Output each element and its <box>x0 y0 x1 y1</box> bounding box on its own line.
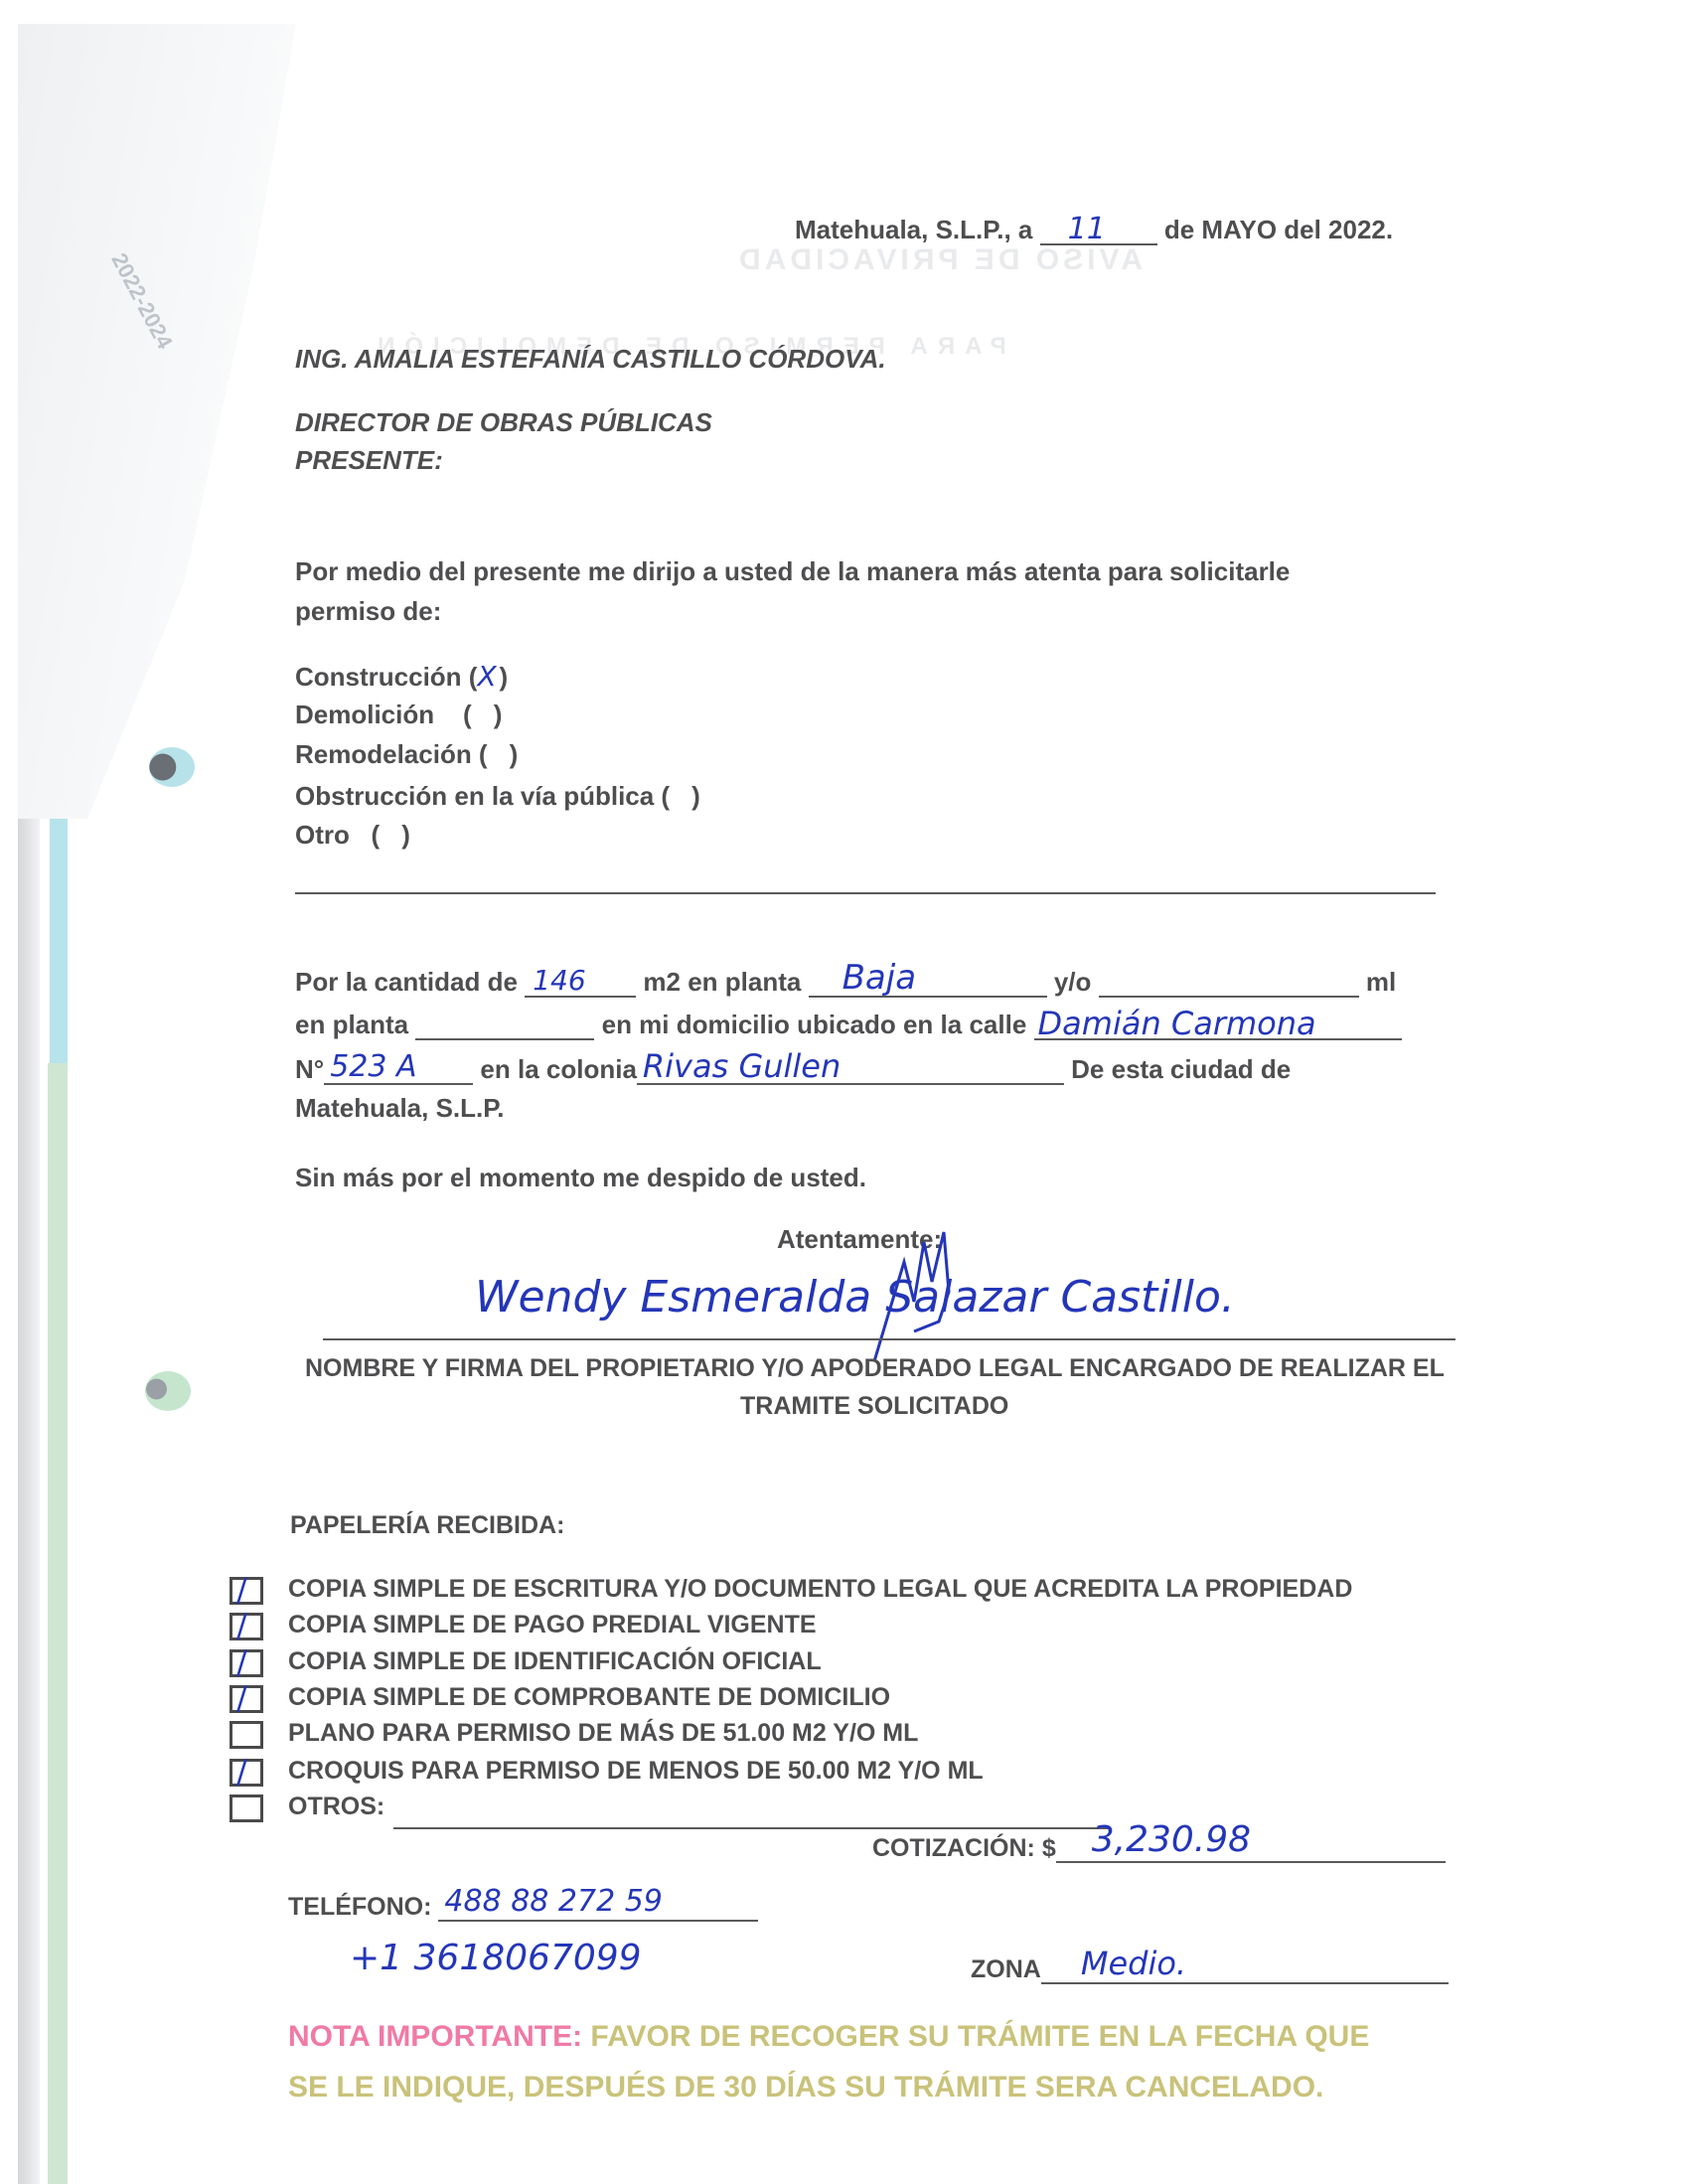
permit-option[interactable]: Otro () <box>295 820 410 851</box>
papeleria-item-label: OTROS: <box>288 1793 384 1821</box>
papeleria-item-label: CROQUIS PARA PERMISO DE MENOS DE 50.00 M… <box>288 1757 984 1786</box>
cotizacion-field[interactable]: 3,230.98 <box>1056 1835 1446 1863</box>
cantidad-row: Por la cantidad de 146 m2 en planta Baja… <box>295 967 1396 998</box>
papeleria-item-label: COPIA SIMPLE DE COMPROBANTE DE DOMICILIO <box>288 1683 890 1712</box>
papeleria-item-label: PLANO PARA PERMISO DE MÁS DE 51.00 M2 Y/… <box>288 1719 918 1748</box>
folder-tab-green <box>48 1063 68 2184</box>
papeleria-item-label: COPIA SIMPLE DE ESCRITURA Y/O DOCUMENTO … <box>288 1575 1352 1604</box>
check-mark-icon: / <box>236 1682 247 1714</box>
numero-colonia-row: N°523 A en la coloniaRivas Gullen De est… <box>295 1054 1291 1085</box>
permit-option[interactable]: Construcción (X) <box>295 660 508 693</box>
papeleria-checkbox[interactable]: / <box>230 1577 263 1605</box>
papeleria-title: PAPELERÍA RECIBIDA: <box>290 1511 564 1540</box>
papeleria-checkbox[interactable]: / <box>230 1649 263 1677</box>
check-mark-icon: / <box>236 1574 247 1606</box>
papeleria-checkbox[interactable] <box>230 1794 263 1822</box>
day-field[interactable]: 11 <box>1040 220 1157 245</box>
telefono-row: TELÉFONO: 488 88 272 59 <box>288 1893 758 1922</box>
permit-option[interactable]: Remodelación () <box>295 739 518 770</box>
punch-hole-top <box>149 747 195 787</box>
permit-option[interactable]: Obstrucción en la vía pública () <box>295 781 700 812</box>
punch-hole-bottom <box>145 1371 191 1411</box>
papeleria-checkbox[interactable]: / <box>230 1613 263 1640</box>
permit-option[interactable]: Demolición () <box>295 700 502 730</box>
check-mark-icon: / <box>236 1646 247 1678</box>
planta-field[interactable]: Baja <box>809 970 1047 998</box>
ml-field[interactable] <box>1099 970 1359 998</box>
papeleria-checkbox[interactable]: / <box>230 1685 263 1713</box>
zona-row: ZONAMedio. <box>971 1955 1449 1984</box>
addressee-presente: PRESENTE: <box>295 445 443 476</box>
numero-field[interactable]: 523 A <box>324 1057 473 1085</box>
signature-line <box>323 1338 1455 1340</box>
folded-page-corner <box>18 24 296 819</box>
intro-line-2: permiso de: <box>295 596 441 627</box>
check-mark-icon: / <box>236 1756 247 1788</box>
addressee-title: DIRECTOR DE OBRAS PÚBLICAS <box>295 407 712 438</box>
cotizacion-row: COTIZACIÓN: $3,230.98 <box>872 1834 1446 1863</box>
telefono-secondary[interactable]: +1 3618067099 <box>350 1938 642 1978</box>
permit-mark: X <box>477 660 499 693</box>
nota-line-2: SE LE INDIQUE, DESPUÉS DE 30 DÍAS SU TRÁ… <box>288 2071 1323 2105</box>
addressee-name: ING. AMALIA ESTEFANÍA CASTILLO CÓRDOVA. <box>295 344 886 375</box>
domicilio-row: en planta en mi domicilio ubicado en la … <box>295 1010 1402 1040</box>
colonia-field[interactable]: Rivas Gullen <box>637 1057 1064 1085</box>
signature-label-2: TRAMITE SOLICITADO <box>740 1392 1008 1421</box>
otros-line <box>393 1827 1109 1829</box>
intro-line-1: Por medio del presente me dirijo a usted… <box>295 556 1290 587</box>
scanned-document: 2022-2024 AVISO DE PRIVACIDAD PARA PERMI… <box>0 0 1685 2184</box>
signature-label-1: NOMBRE Y FIRMA DEL PROPIETARIO Y/O APODE… <box>305 1354 1445 1383</box>
date-line: Matehuala, S.L.P., a 11 de MAYO del 2022… <box>795 215 1393 245</box>
calle-field[interactable]: Damián Carmona <box>1034 1013 1402 1040</box>
closing-text: Sin más por el momento me despido de ust… <box>295 1163 866 1193</box>
zona-field[interactable]: Medio. <box>1041 1956 1449 1984</box>
check-mark-icon: / <box>236 1610 247 1641</box>
ciudad-value: Matehuala, S.L.P. <box>295 1093 504 1124</box>
papeleria-item-label: COPIA SIMPLE DE IDENTIFICACIÓN OFICIAL <box>288 1647 822 1676</box>
telefono-field[interactable]: 488 88 272 59 <box>438 1894 758 1922</box>
en-planta-field[interactable] <box>415 1013 594 1040</box>
papeleria-checkbox[interactable]: / <box>230 1759 263 1787</box>
signature-scribble <box>854 1222 964 1371</box>
nota-line-1: NOTA IMPORTANTE: FAVOR DE RECOGER SU TRÁ… <box>288 2020 1369 2054</box>
bleed-through-title: AVISO DE PRIVACIDAD <box>735 243 1143 277</box>
nota-label: NOTA IMPORTANTE: <box>288 2020 582 2053</box>
papeleria-checkbox[interactable] <box>230 1721 263 1749</box>
papeleria-item-label: COPIA SIMPLE DE PAGO PREDIAL VIGENTE <box>288 1611 817 1639</box>
blank-line-otro <box>295 892 1436 894</box>
cantidad-field[interactable]: 146 <box>525 970 636 998</box>
